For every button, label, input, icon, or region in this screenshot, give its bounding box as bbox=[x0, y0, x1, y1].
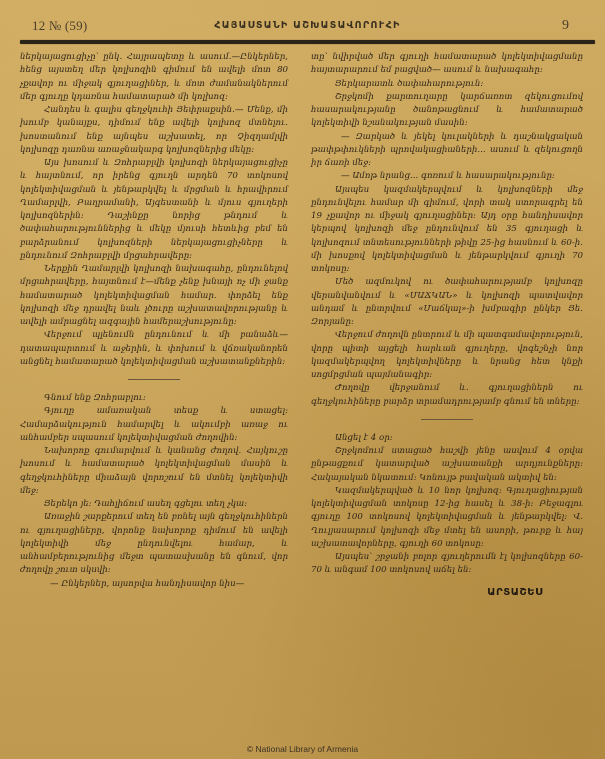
paragraph: Այս խոսում և Զոհրաբլվի կոլխոզի ներկայացո… bbox=[20, 157, 288, 263]
paragraph: Վերջում ժողովն ընտրում և մի պատգամավորու… bbox=[311, 329, 583, 382]
section-divider bbox=[421, 419, 473, 420]
paragraph: ներկայացուցիչը՝ ընկ. Հայրապետը և ասում.—… bbox=[20, 51, 288, 104]
paragraph: Հանդես և գալիս գեղջկուհի Յեփրաքսին.— Մեն… bbox=[20, 104, 288, 157]
paragraph: Այսպես՝ շրջանի բոլոր գյուղերումն էլ կոլխ… bbox=[311, 551, 583, 578]
paragraph: տը՝ նվիրված մեր գյուղի համատարած կոլեկտի… bbox=[311, 51, 583, 78]
newspaper-page: 12 № (59) ՀԱՅԱՍՏԱՆԻ ԱՇԽԱՏԱՎՈՐՈՒՀԻ 9 ներկ… bbox=[0, 0, 605, 759]
paragraph: Մեծ ազմուկով ու ծափահարությամբ կոլխոզը վ… bbox=[311, 276, 583, 329]
left-column: ներկայացուցիչը՝ ընկ. Հայրապետը և ասում.—… bbox=[20, 51, 288, 591]
paragraph: Ժողովը վերջանում և. գյուղացիներն ու գեղջ… bbox=[311, 382, 583, 409]
author-signature: ԱՐՏԱՇԵՍ bbox=[311, 586, 583, 599]
paragraph: — Ընկերներ, այսորվա հանդիսավոր նիս— bbox=[20, 578, 288, 591]
paragraph: Շրջկոմում ստացած հաշվի յենը ասվում 4 օրվ… bbox=[311, 445, 583, 485]
paragraph: Յերկարատև ծափահարություն: bbox=[311, 78, 583, 91]
paragraph: — Զարկած և յեկել կուլակների և դաշնակցակա… bbox=[311, 131, 583, 171]
paragraph: Գյուղը ամառական տեսք և ստացել: Համարձակո… bbox=[20, 405, 288, 445]
paragraph: Նախորոք գումարվում և կանանց ժողով. Հայկո… bbox=[20, 445, 288, 498]
copyright-notice: © National Library of Armenia bbox=[0, 744, 605, 754]
paragraph: Այսպես կազմակերպվում և կոլխոզների մեջ ըն… bbox=[311, 184, 583, 277]
section-divider bbox=[128, 379, 180, 380]
paragraph: — Ամոթ նրանց... գոռում և հասարակությունը… bbox=[311, 170, 583, 183]
masthead: 12 № (59) ՀԱՅԱՍՏԱՆԻ ԱՇԽԱՏԱՎՈՐՈՒՀԻ 9 bbox=[20, 14, 595, 36]
newspaper-title: ՀԱՅԱՍՏԱՆԻ ԱՇԽԱՏԱՎՈՐՈՒՀԻ bbox=[20, 20, 595, 31]
paragraph: Գնում ենք Զոհրաբլու: bbox=[20, 392, 288, 405]
paragraph: Ներքին Ղամարլվի կոլխոզի նախագահը, ընդուն… bbox=[20, 263, 288, 329]
paragraph: Կազմակերպված և 10 նոր կոլխոզ: Գյուղացիու… bbox=[311, 485, 583, 551]
page-number: 9 bbox=[562, 18, 569, 34]
paragraph: Յերեկո յե: Դահլիճում ասեղ գցելու տեղ չկա… bbox=[20, 498, 288, 511]
masthead-rule bbox=[20, 40, 595, 44]
paragraph: Առաջին շարքերում տեղ են բռնել այն գեղջկո… bbox=[20, 511, 288, 577]
paragraph: Շրջկոմի քարտուղարը կարճառոտ զեկուցումով … bbox=[311, 91, 583, 131]
paragraph: Վերջում պլենումն ընդունում և մի բանաձև—դ… bbox=[20, 329, 288, 369]
right-column: տը՝ նվիրված մեր գյուղի համատարած կոլեկտի… bbox=[311, 51, 583, 599]
paragraph: Անցել է 4 օր: bbox=[311, 432, 583, 445]
